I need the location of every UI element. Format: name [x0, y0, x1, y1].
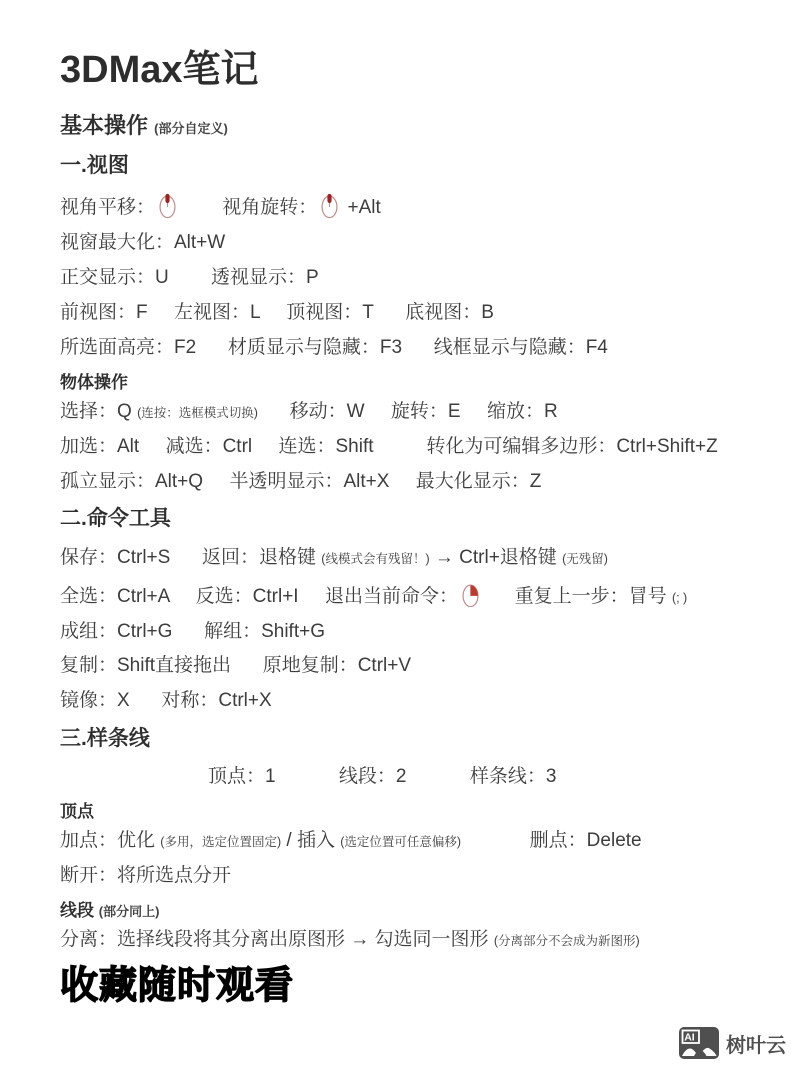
middle-mouse-button-icon: [158, 193, 177, 219]
annotation-text: (选定位置可任意偏移): [340, 835, 461, 849]
section-heading: 基本操作 (部分自定义): [60, 112, 766, 141]
shortcut-text: 断开：将所选点分开: [60, 865, 231, 886]
section-heading: 顶点: [60, 801, 766, 823]
shortcut-text: 分离：选择线段将其分离出原图形 → 勾选同一图形: [60, 929, 494, 950]
shortcut-line: 复制：Shift直接拖出 原地复制：Ctrl+V: [60, 655, 766, 677]
shortcut-text: 所选面高亮：F2 材质显示与隐藏：F3 线框显示与隐藏：F4: [60, 337, 608, 358]
footer-title: 收藏随时观看: [60, 964, 766, 1010]
shortcut-line: 分离：选择线段将其分离出原图形 → 勾选同一图形 (分离部分不会成为新图形): [60, 929, 766, 951]
section-heading: 一.视图: [60, 152, 766, 179]
shortcut-text: 三.样条线: [60, 727, 150, 750]
shortcut-text: 前视图：F 左视图：L 顶视图：T 底视图：B: [60, 302, 494, 323]
section-heading: 三.样条线: [60, 725, 766, 752]
shortcut-line: 选择：Q (连按：选框模式切换) 移动：W 旋转：E 缩放：R: [60, 401, 766, 423]
section-heading: 线段 (部分同上): [60, 900, 766, 922]
shortcut-line: 正交显示：U 透视显示：P: [60, 267, 766, 289]
shortcut-line: 断开：将所选点分开: [60, 865, 766, 887]
annotation-text: (部分自定义): [154, 121, 228, 136]
middle-mouse-button-icon: [320, 193, 339, 219]
annotation-text: (多用，选定位置固定): [160, 835, 281, 849]
shortcut-text: 顶点: [60, 802, 94, 821]
shortcut-text: 加选：Alt 减选：Ctrl 连选：Shift 转化为可编辑多边形：Ctrl+S…: [60, 436, 718, 457]
watermark: AI 树叶云: [679, 1027, 786, 1059]
page-title: 3DMax笔记: [60, 48, 766, 94]
annotation-text: (无残留): [562, 552, 608, 566]
shortcut-line: 镜像：X 对称：Ctrl+X: [60, 690, 766, 712]
notes-body: 基本操作 (部分自定义)一.视图视角平移： 视角旋转： +Alt视窗最大化：Al…: [60, 112, 766, 951]
shortcut-line: 所选面高亮：F2 材质显示与隐藏：F3 线框显示与隐藏：F4: [60, 337, 766, 359]
shortcut-line: 成组：Ctrl+G 解组：Shift+G: [60, 621, 766, 643]
shortcut-text: / 插入: [281, 830, 340, 851]
shortcut-line: 加点：优化 (多用，选定位置固定) / 插入 (选定位置可任意偏移) 删点：De…: [60, 830, 766, 852]
shortcut-text: 线段: [60, 901, 99, 920]
shortcut-text: 删点：Delete: [461, 830, 642, 851]
shortcut-text: 成组：Ctrl+G 解组：Shift+G: [60, 621, 325, 642]
shortcut-line: 顶点：1 线段：2 样条线：3: [60, 766, 766, 788]
annotation-text: (部分同上): [99, 904, 160, 919]
right-mouse-button-icon: [461, 582, 480, 608]
watermark-brand: 树叶云: [726, 1029, 786, 1058]
shortcut-text: 复制：Shift直接拖出 原地复制：Ctrl+V: [60, 655, 411, 676]
shortcut-text: 顶点：1 线段：2 样条线：3: [208, 766, 556, 787]
ai-image-logo-icon: AI: [679, 1027, 719, 1059]
svg-text:AI: AI: [684, 1032, 695, 1044]
shortcut-text: 选择：Q: [60, 401, 137, 422]
shortcut-line: 保存：Ctrl+S 返回：退格键 (线模式会有残留！) → Ctrl+退格键 (…: [60, 547, 766, 569]
shortcut-text: → Ctrl+退格键: [430, 547, 562, 568]
section-heading: 二.命令工具: [60, 505, 766, 532]
shortcut-text: 孤立显示：Alt+Q 半透明显示：Alt+X 最大化显示：Z: [60, 471, 541, 492]
shortcut-line: 视窗最大化：Alt+W: [60, 232, 766, 254]
shortcut-line: 孤立显示：Alt+Q 半透明显示：Alt+X 最大化显示：Z: [60, 471, 766, 493]
notes-document: 3DMax笔记 基本操作 (部分自定义)一.视图视角平移： 视角旋转： +Alt…: [0, 0, 800, 1010]
shortcut-text: 全选：Ctrl+A 反选：Ctrl+I 退出当前命令：: [60, 586, 458, 607]
shortcut-line: 加选：Alt 减选：Ctrl 连选：Shift 转化为可编辑多边形：Ctrl+S…: [60, 436, 766, 458]
annotation-text: (; ): [672, 591, 687, 605]
shortcut-text: 二.命令工具: [60, 507, 171, 530]
annotation-text: (分离部分不会成为新图形): [494, 934, 640, 948]
annotation-text: (线模式会有残留！): [321, 552, 429, 566]
shortcut-text: 移动：W 旋转：E 缩放：R: [258, 401, 558, 422]
shortcut-text: 物体操作: [60, 373, 128, 392]
shortcut-text: 镜像：X 对称：Ctrl+X: [60, 690, 272, 711]
shortcut-text: 加点：优化: [60, 830, 160, 851]
shortcut-line: 视角平移： 视角旋转： +Alt: [60, 193, 766, 219]
shortcut-text: 正交显示：U 透视显示：P: [60, 267, 319, 288]
shortcut-text: 基本操作: [60, 113, 154, 138]
shortcut-text: 一.视图: [60, 154, 129, 177]
shortcut-text: 视窗最大化：Alt+W: [60, 232, 225, 253]
shortcut-text: 视角平移：: [60, 197, 155, 218]
shortcut-text: 保存：Ctrl+S 返回：退格键: [60, 547, 321, 568]
annotation-text: (连按：选框模式切换): [137, 406, 258, 420]
shortcut-line: 全选：Ctrl+A 反选：Ctrl+I 退出当前命令： 重复上一步：冒号 (; …: [60, 582, 766, 608]
section-heading: 物体操作: [60, 372, 766, 394]
shortcut-line: 前视图：F 左视图：L 顶视图：T 底视图：B: [60, 302, 766, 324]
shortcut-text: +Alt: [342, 197, 381, 218]
shortcut-text: 视角旋转：: [180, 197, 317, 218]
shortcut-text: 重复上一步：冒号: [483, 586, 672, 607]
